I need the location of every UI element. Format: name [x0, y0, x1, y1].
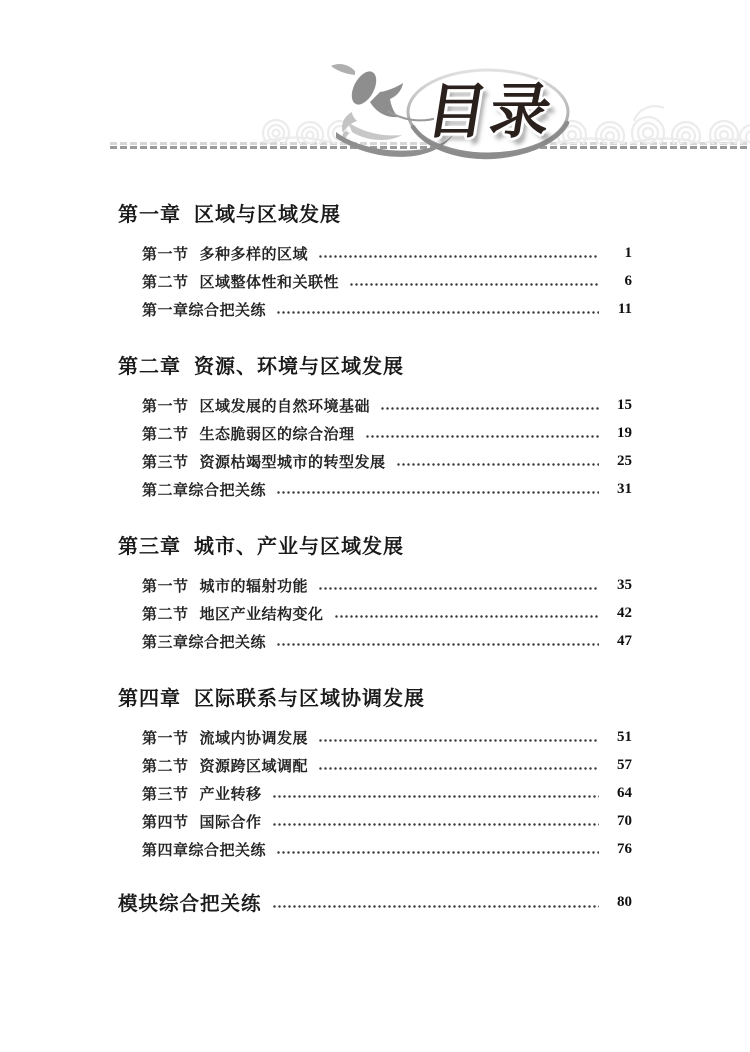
- dot-leader: [365, 435, 599, 438]
- chapter-title: 资源、环境与区域发展: [194, 354, 404, 380]
- toc-entry-title: 产业转移: [200, 783, 262, 804]
- chapter-title: 城市、产业与区域发展: [194, 534, 404, 560]
- toc-entry-title: 第三章综合把关练: [142, 631, 266, 652]
- toc-entry-comprehensive: 第三章综合把关练 47: [118, 627, 632, 655]
- dot-leader: [318, 587, 599, 590]
- dot-leader: [272, 795, 599, 798]
- dot-leader: [396, 463, 599, 466]
- chapter-heading: 第四章 区际联系与区域协调发展: [118, 686, 632, 712]
- toc-entry-page: 1: [608, 245, 632, 262]
- chapter-title: 区域与区域发展: [194, 202, 341, 228]
- chapter-label: 第四章: [118, 686, 181, 712]
- toc-entry-page: 35: [608, 577, 632, 594]
- toc-entry-title: 区域发展的自然环境基础: [200, 395, 371, 416]
- chapter-block-2: 第二章 资源、环境与区域发展 第一节 区域发展的自然环境基础 15 第二节 生态…: [118, 354, 632, 503]
- dot-leader: [318, 255, 599, 258]
- toc-entry-label: 第一节: [142, 395, 189, 416]
- toc-entry-title: 流域内协调发展: [200, 727, 309, 748]
- dot-leader: [276, 311, 599, 314]
- toc-entry-label: 第二节: [142, 271, 189, 292]
- dot-leader: [380, 407, 599, 410]
- toc-entry-title: 第一章综合把关练: [142, 299, 266, 320]
- toc-entry-label: 第一节: [142, 575, 189, 596]
- chapter-block-3: 第三章 城市、产业与区域发展 第一节 城市的辐射功能 35 第二节 地区产业结构…: [118, 534, 632, 655]
- toc-entry: 第二节 资源跨区域调配 57: [118, 751, 632, 779]
- dot-leader: [276, 491, 599, 494]
- toc-entry: 第四节 国际合作 70: [118, 807, 632, 835]
- toc-entry-title: 地区产业结构变化: [200, 603, 324, 624]
- toc-entry-title: 第四章综合把关练: [142, 839, 266, 860]
- toc-entry-page: 80: [608, 894, 632, 911]
- toc-entry-page: 19: [608, 425, 632, 442]
- dot-leader: [276, 643, 599, 646]
- toc-entry-title: 资源跨区域调配: [200, 755, 309, 776]
- toc-entry-page: 70: [608, 813, 632, 830]
- table-of-contents: 第一章 区域与区域发展 第一节 多种多样的区域 1 第二节 区域整体性和关联性 …: [118, 202, 632, 917]
- chapter-title: 区际联系与区域协调发展: [194, 686, 425, 712]
- toc-entry-page: 76: [608, 841, 632, 858]
- dot-leader: [318, 767, 599, 770]
- toc-entry-page: 42: [608, 605, 632, 622]
- toc-entry-label: 第二节: [142, 423, 189, 444]
- toc-entry: 第三节 产业转移 64: [118, 779, 632, 807]
- toc-entry-page: 64: [608, 785, 632, 802]
- toc-entry: 第一节 城市的辐射功能 35: [118, 571, 632, 599]
- toc-entry-page: 11: [608, 301, 632, 318]
- toc-entry-label: 第一节: [142, 727, 189, 748]
- dot-leader: [334, 615, 599, 618]
- chapter-label: 第一章: [118, 202, 181, 228]
- chapter-label: 第三章: [118, 534, 181, 560]
- toc-entry-label: 第二节: [142, 603, 189, 624]
- toc-entry-title: 国际合作: [200, 811, 262, 832]
- chapter-block-4: 第四章 区际联系与区域协调发展 第一节 流域内协调发展 51 第二节 资源跨区域…: [118, 686, 632, 863]
- toc-entry-module: 模块综合把关练 80: [118, 887, 632, 917]
- toc-entry-title: 资源枯竭型城市的转型发展: [200, 451, 386, 472]
- toc-entry: 第一节 区域发展的自然环境基础 15: [118, 391, 632, 419]
- toc-entry-label: 第三节: [142, 451, 189, 472]
- wave-pattern-right: [556, 106, 750, 150]
- toc-entry: 第一节 多种多样的区域 1: [118, 239, 632, 267]
- toc-entry-comprehensive: 第一章综合把关练 11: [118, 295, 632, 323]
- toc-entry-page: 6: [608, 273, 632, 290]
- toc-entry-title: 模块综合把关练: [118, 888, 262, 916]
- chapter-heading: 第二章 资源、环境与区域发展: [118, 354, 632, 380]
- toc-entry-title: 第二章综合把关练: [142, 479, 266, 500]
- toc-entry-title: 区域整体性和关联性: [200, 271, 340, 292]
- toc-entry: 第二节 地区产业结构变化 42: [118, 599, 632, 627]
- dot-leader: [272, 905, 599, 908]
- toc-entry-title: 生态脆弱区的综合治理: [200, 423, 355, 444]
- toc-entry-label: 第二节: [142, 755, 189, 776]
- toc-entry-page: 47: [608, 633, 632, 650]
- page-title: 目录: [421, 64, 561, 150]
- chapter-label: 第二章: [118, 354, 181, 380]
- toc-entry-page: 15: [608, 397, 632, 414]
- toc-entry-page: 57: [608, 757, 632, 774]
- toc-entry-label: 第三节: [142, 783, 189, 804]
- toc-entry-title: 多种多样的区域: [200, 243, 309, 264]
- toc-entry-comprehensive: 第四章综合把关练 76: [118, 835, 632, 863]
- toc-entry-label: 第四节: [142, 811, 189, 832]
- chapter-heading: 第一章 区域与区域发展: [118, 202, 632, 228]
- toc-entry-page: 51: [608, 729, 632, 746]
- toc-entry-comprehensive: 第二章综合把关练 31: [118, 475, 632, 503]
- dot-leader: [349, 283, 599, 286]
- toc-entry-page: 25: [608, 453, 632, 470]
- chapter-heading: 第三章 城市、产业与区域发展: [118, 534, 632, 560]
- dot-leader: [276, 851, 599, 854]
- chapter-block-1: 第一章 区域与区域发展 第一节 多种多样的区域 1 第二节 区域整体性和关联性 …: [118, 202, 632, 323]
- toc-entry-label: 第一节: [142, 243, 189, 264]
- dot-leader: [318, 739, 599, 742]
- dot-leader: [272, 823, 599, 826]
- toc-entry: 第三节 资源枯竭型城市的转型发展 25: [118, 447, 632, 475]
- toc-entry: 第一节 流域内协调发展 51: [118, 723, 632, 751]
- toc-page: 目录 第一章 区域与区域发展 第一节 多种多样的区域 1 第二节 区域整体性和关…: [0, 0, 750, 1052]
- toc-entry-title: 城市的辐射功能: [200, 575, 309, 596]
- toc-entry: 第二节 生态脆弱区的综合治理 19: [118, 419, 632, 447]
- toc-entry-page: 31: [608, 481, 632, 498]
- toc-entry: 第二节 区域整体性和关联性 6: [118, 267, 632, 295]
- header-decoration: [0, 55, 750, 160]
